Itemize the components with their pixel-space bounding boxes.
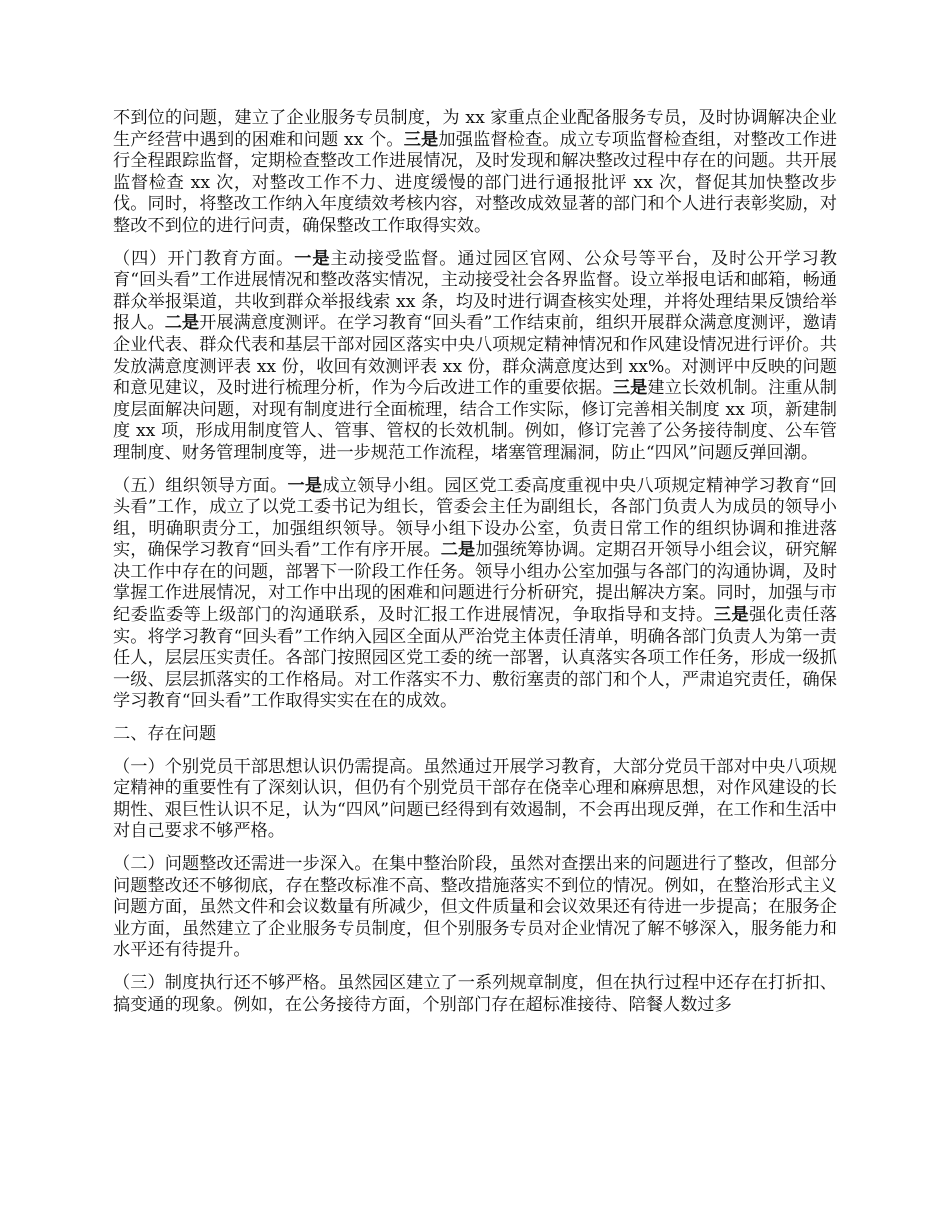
paragraph-open-education: （四）开门教育方面。一是主动接受监督。通过园区官网、公众号等平台，及时公开学习教… <box>113 249 837 465</box>
bold-keyword: 三是 <box>404 130 439 150</box>
paragraph-problem-3: （三）制度执行还不够严格。虽然园区建立了一系列规章制度，但在执行过程中还存在打折… <box>113 973 837 1016</box>
bold-keyword: 二是 <box>165 313 199 333</box>
text-segment: （四）开门教育方面。 <box>113 249 294 269</box>
text-segment: （五）组织领导方面。 <box>113 476 287 496</box>
bold-keyword: 二是 <box>441 540 475 560</box>
paragraph-problem-1: （一）个别党员干部思想认识仍需提高。虽然通过开展学习教育，大部分党员干部对中央八… <box>113 757 837 843</box>
bold-keyword: 一是 <box>294 249 330 269</box>
paragraph-supervision-continued: 不到位的问题，建立了企业服务专员制度，为 xx 家重点企业配备服务专员，及时协调… <box>113 108 837 238</box>
document-page: 不到位的问题，建立了企业服务专员制度，为 xx 家重点企业配备服务专员，及时协调… <box>113 108 837 1027</box>
paragraph-organization-leadership: （五）组织领导方面。一是成立领导小组。园区党工委高度重视中央八项规定精神学习教育… <box>113 476 837 714</box>
section-heading-existing-problems: 二、存在问题 <box>113 724 837 746</box>
paragraph-problem-2: （二）问题整改还需进一步深入。在集中整治阶段，虽然对查摆出来的问题进行了整改，但… <box>113 854 837 962</box>
bold-keyword: 三是 <box>714 605 749 625</box>
bold-keyword: 三是 <box>613 378 647 398</box>
bold-keyword: 一是 <box>287 476 322 496</box>
